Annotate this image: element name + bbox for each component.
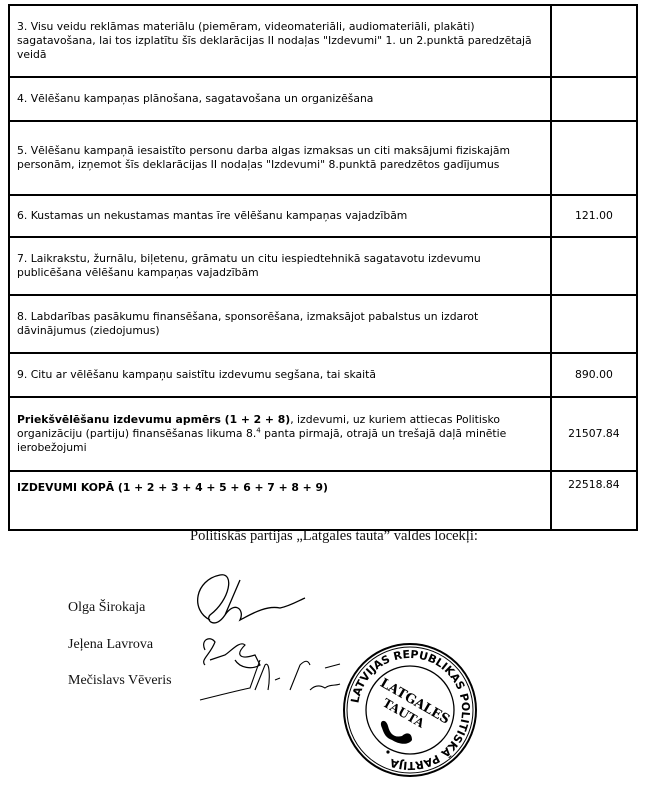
pre-election-description: Priekšvēlēšanu izdevumu apmērs (1 + 2 + … (9, 397, 551, 471)
table-row: 7. Laikrakstu, žurnālu, biļetenu, grāmat… (9, 237, 637, 295)
table-row: 3. Visu veidu reklāmas materiālu (piemēr… (9, 5, 637, 77)
member-name: Mečislavs Vēveris (68, 673, 172, 689)
row-amount (551, 121, 637, 195)
row-description: 3. Visu veidu reklāmas materiālu (piemēr… (9, 5, 551, 77)
signature-section: Politiskās partijas „Latgales tauta” val… (0, 520, 645, 795)
row-amount (551, 77, 637, 121)
row-description: 8. Labdarības pasākumu finansēšana, spon… (9, 295, 551, 353)
row-description: 5. Vēlēšanu kampaņā iesaistīto personu d… (9, 121, 551, 195)
member-name: Jeļena Lavrova (68, 637, 153, 653)
party-stamp-icon: LATVIJAS REPUBLIKAS POLITISKĀ PARTIJA LA… (340, 640, 480, 780)
row-amount (551, 295, 637, 353)
row-description: 7. Laikrakstu, žurnālu, biļetenu, grāmat… (9, 237, 551, 295)
row-amount: 890.00 (551, 353, 637, 397)
pre-election-row: Priekšvēlēšanu izdevumu apmērs (1 + 2 + … (9, 397, 637, 471)
total-label: IZDEVUMI KOPĀ (1 + 2 + 3 + 4 + 5 + 6 + 7… (17, 481, 328, 494)
board-members-heading: Politiskās partijas „Latgales tauta” val… (190, 528, 478, 545)
row-description: 6. Kustamas un nekustamas mantas īre vēl… (9, 195, 551, 237)
expenses-table-container: 3. Visu veidu reklāmas materiālu (piemēr… (8, 4, 638, 531)
row-amount (551, 5, 637, 77)
pre-election-amount: 21507.84 (551, 397, 637, 471)
table-row: 8. Labdarības pasākumu finansēšana, spon… (9, 295, 637, 353)
row-description: 4. Vēlēšanu kampaņas plānošana, sagatavo… (9, 77, 551, 121)
row-description: 9. Citu ar vēlēšanu kampaņu saistītu izd… (9, 353, 551, 397)
table-row: 6. Kustamas un nekustamas mantas īre vēl… (9, 195, 637, 237)
row-amount (551, 237, 637, 295)
table-row: 4. Vēlēšanu kampaņas plānošana, sagatavo… (9, 77, 637, 121)
row-amount: 121.00 (551, 195, 637, 237)
member-name: Olga Širokaja (68, 600, 145, 616)
expenses-table: 3. Visu veidu reklāmas materiālu (piemēr… (8, 4, 638, 531)
pre-election-bold-label: Priekšvēlēšanu izdevumu apmērs (1 + 2 + … (17, 413, 290, 426)
table-row: 5. Vēlēšanu kampaņā iesaistīto personu d… (9, 121, 637, 195)
table-row: 9. Citu ar vēlēšanu kampaņu saistītu izd… (9, 353, 637, 397)
